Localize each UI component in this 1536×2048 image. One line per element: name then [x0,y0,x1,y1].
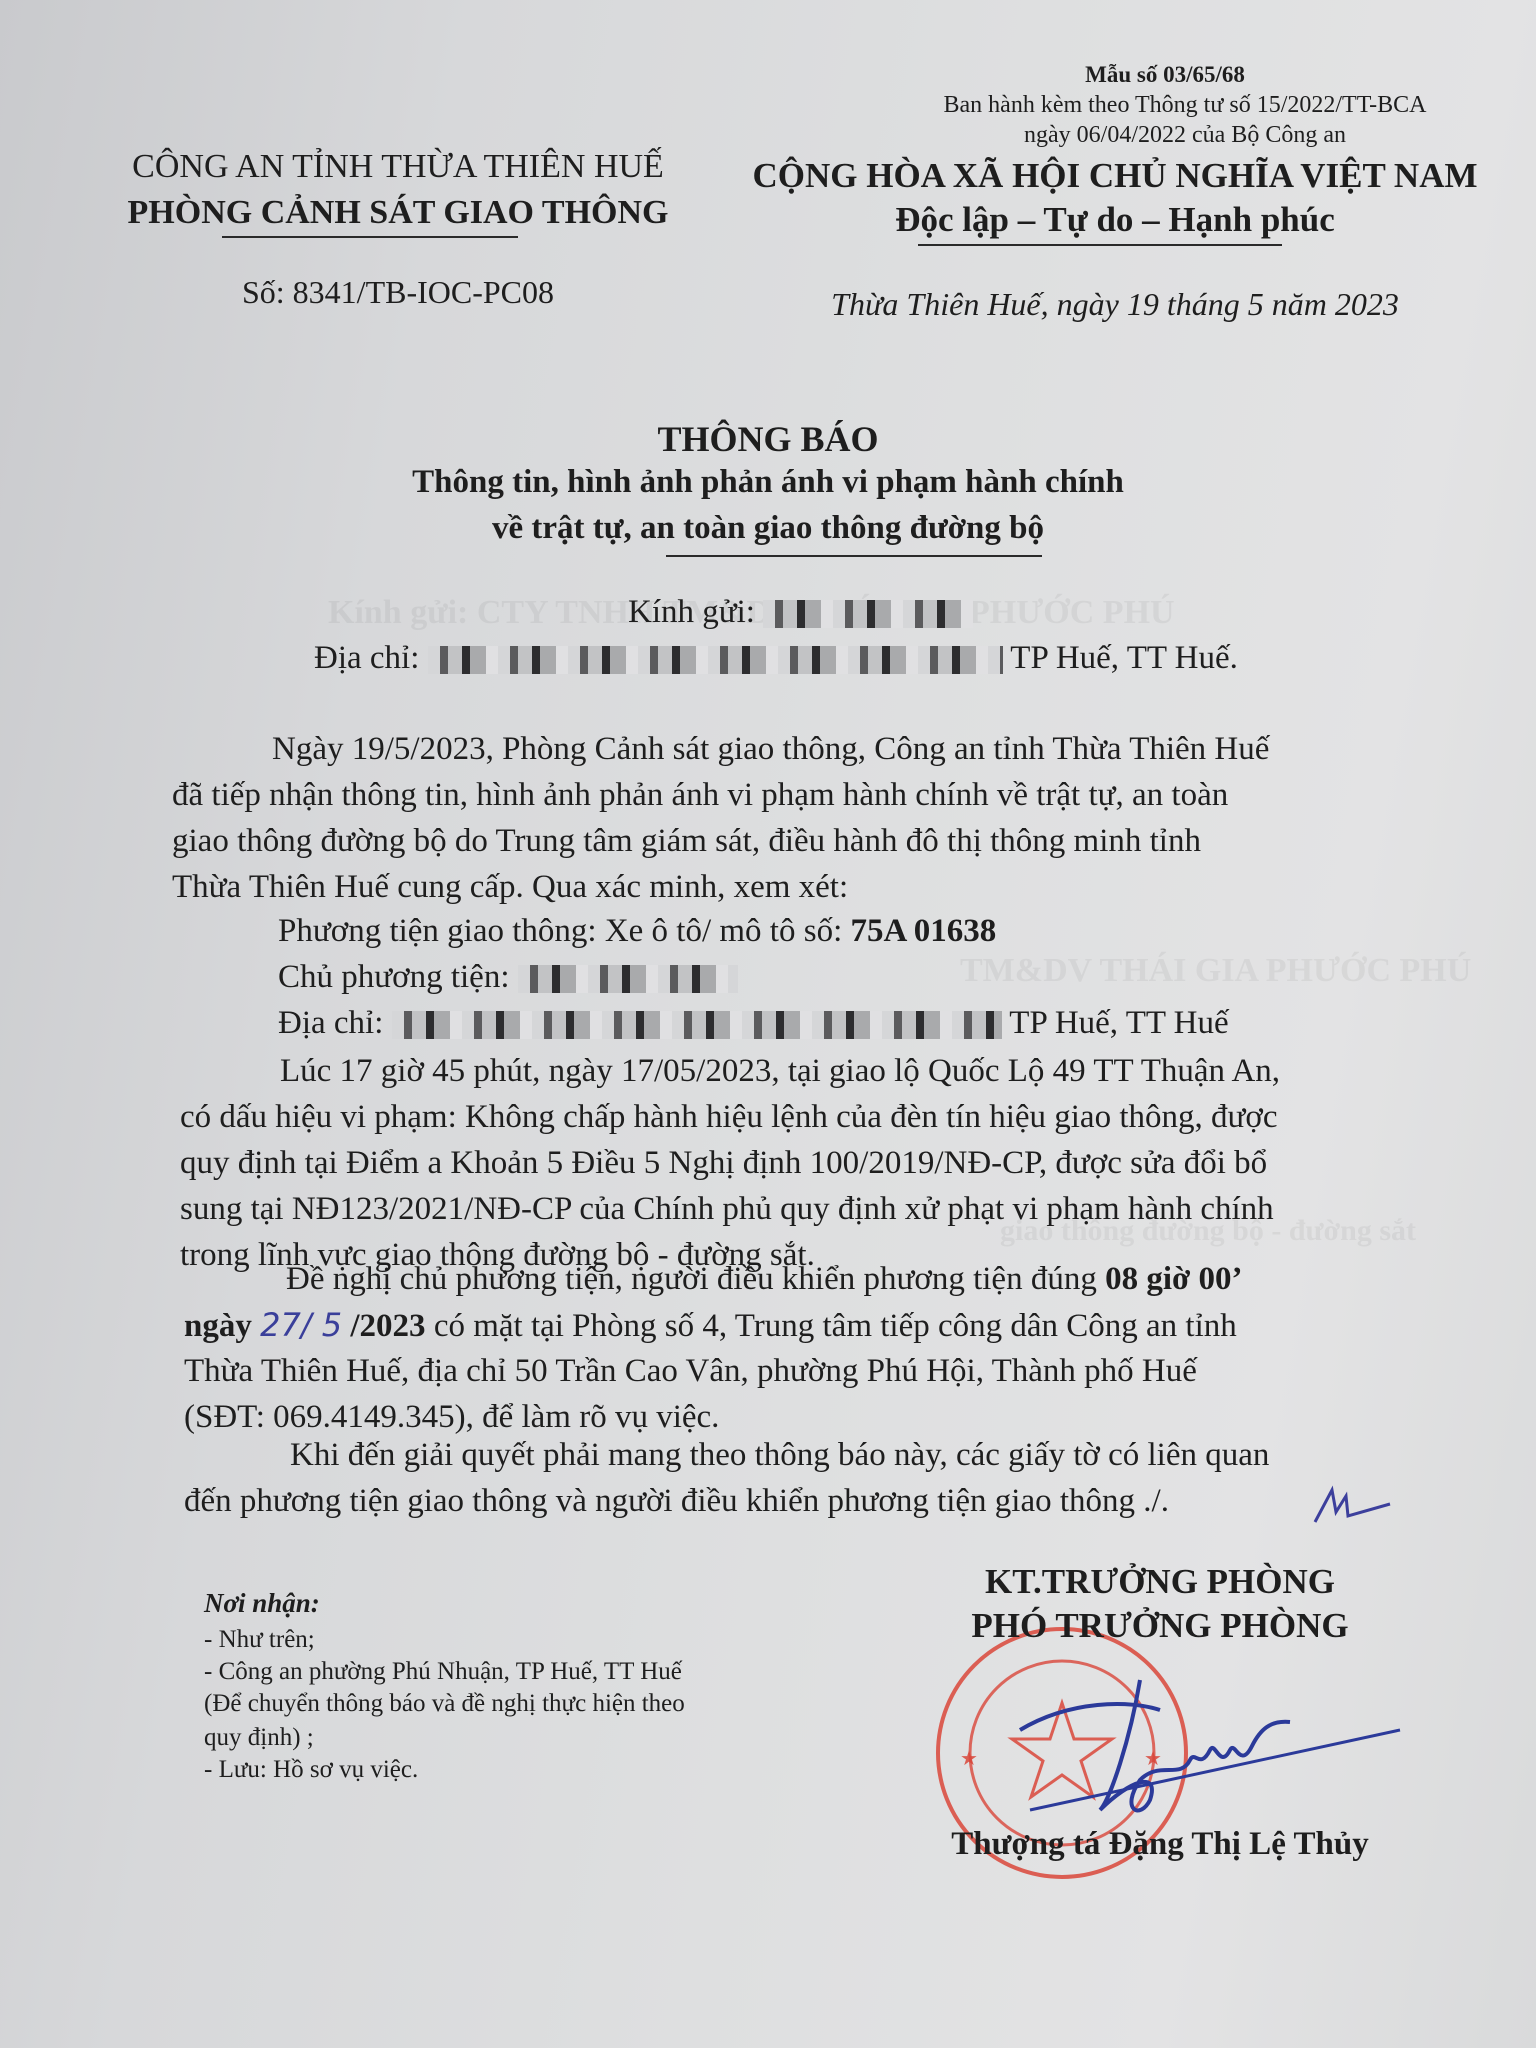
owner-address-suffix: TP Huế, TT Huế [1009,1005,1228,1041]
paragraph-1-line-4: Thừa Thiên Huế cung cấp. Qua xác minh, x… [172,864,848,910]
national-motto: Độc lập – Tự do – Hạnh phúc [730,200,1500,240]
paragraph-2-line-2: có dấu hiệu vi phạm: Không chấp hành hiệ… [180,1094,1277,1140]
signer-name: Thượng tá Đặng Thị Lệ Thủy [880,1826,1440,1863]
paragraph-4-line-1: Khi đến giải quyết phải mang theo thông … [290,1432,1269,1478]
appointment-intro: Đề nghị chủ phương tiện, người điều khiể… [286,1261,1105,1297]
recipient-address-line: Địa chỉ: TP Huế, TT Huế. [314,640,1238,677]
paragraph-3-line-2: ngày 27/ 5 /2023 có mặt tại Phòng số 4, … [184,1302,1237,1349]
bleed-through-line: giao thông đường bộ - đường sắt [1000,1214,1416,1248]
issuer-department: PHÒNG CẢNH SÁT GIAO THÔNG [98,194,698,232]
appointment-year: /2023 [350,1308,425,1344]
paragraph-3-line-1: Đề nghị chủ phương tiện, người điều khiể… [286,1256,1243,1302]
redacted-recipient-address [428,646,1003,674]
issuer-agency: CÔNG AN TỈNH THỪA THIÊN HUẾ [98,148,698,186]
document-number: Số: 8341/TB-IOC-PC08 [98,274,698,311]
owner-label: Chủ phương tiện: [278,959,510,995]
paragraph-4-line-2: đến phương tiện giao thông và người điều… [184,1478,1169,1524]
recipient-address-label: Địa chỉ: [314,640,419,676]
form-issued-with: Ban hành kèm theo Thông tư số 15/2022/TT… [900,92,1470,119]
appointment-place: có mặt tại Phòng số 4, Trung tâm tiếp cô… [426,1308,1237,1344]
recipients-item: (Để chuyển thông báo và đề nghị thực hiệ… [204,1690,685,1718]
issuer-underline [222,236,518,238]
title-underline [666,555,1042,557]
handwritten-appointment-date: 27/ 5 [260,1306,342,1344]
recipient-address-suffix: TP Huế, TT Huế. [1010,640,1238,676]
redacted-owner-name [518,965,738,993]
vehicle-line: Phương tiện giao thông: Xe ô tô/ mô tô s… [278,908,996,954]
bleed-through-owner: TM&DV THÁI GIA PHƯỚC PHÚ [960,952,1471,990]
recipients-item: - Công an phường Phú Nhuận, TP Huế, TT H… [204,1658,682,1686]
country-name: CỘNG HÒA XÃ HỘI CHỦ NGHĨA VIỆT NAM [730,156,1500,196]
appointment-time: 08 giờ 00’ [1105,1261,1242,1297]
redacted-owner-address [392,1011,1002,1039]
signer-title-2: PHÓ TRƯỞNG PHÒNG [900,1606,1420,1646]
paragraph-1-line-3: giao thông đường bộ do Trung tâm giám sá… [172,818,1201,864]
paragraph-2-line-3: quy định tại Điểm a Khoản 5 Điều 5 Nghị … [180,1140,1267,1186]
document-subtitle-1: Thông tin, hình ảnh phản ánh vi phạm hàn… [0,464,1536,501]
license-plate: 75A 01638 [851,913,997,949]
place-date: Thừa Thiên Huế, ngày 19 tháng 5 năm 2023 [730,286,1500,323]
owner-line: Chủ phương tiện: [278,954,738,1000]
document-subtitle-2: về trật tự, an toàn giao thông đường bộ [0,510,1536,547]
paragraph-2-line-1: Lúc 17 giờ 45 phút, ngày 17/05/2023, tại… [280,1048,1280,1094]
form-number: Mẫu số 03/65/68 [1000,62,1330,88]
initial-mark-icon [1310,1482,1400,1530]
recipients-item: - Lưu: Hồ sơ vụ việc. [204,1756,418,1784]
redacted-recipient-name [763,600,973,628]
recipients-item: quy định) ; [204,1724,314,1752]
signer-title-1: KT.TRƯỞNG PHÒNG [900,1562,1420,1602]
vehicle-label: Phương tiện giao thông: Xe ô tô/ mô tô s… [278,913,842,949]
motto-underline [918,244,1282,246]
owner-address-line: Địa chỉ: TP Huế, TT Huế [278,1000,1229,1046]
recipient-label: Kính gửi: [628,594,755,630]
paragraph-3-line-3: Thừa Thiên Huế, địa chỉ 50 Trần Cao Vân,… [184,1348,1197,1394]
form-issued-date: ngày 06/04/2022 của Bộ Công an [900,122,1470,149]
svg-text:★: ★ [960,1746,978,1770]
paragraph-1-line-1: Ngày 19/5/2023, Phòng Cảnh sát giao thôn… [272,726,1269,772]
signature-icon [990,1660,1410,1840]
paragraph-1-line-2: đã tiếp nhận thông tin, hình ảnh phản án… [172,772,1228,818]
recipient-line: Kính gửi: [628,594,973,631]
owner-address-label: Địa chỉ: [278,1005,383,1041]
appointment-day-label: ngày [184,1308,252,1344]
recipients-heading: Nơi nhận: [204,1588,320,1619]
recipients-item: - Như trên; [204,1626,315,1654]
document-title: THÔNG BÁO [0,418,1536,460]
